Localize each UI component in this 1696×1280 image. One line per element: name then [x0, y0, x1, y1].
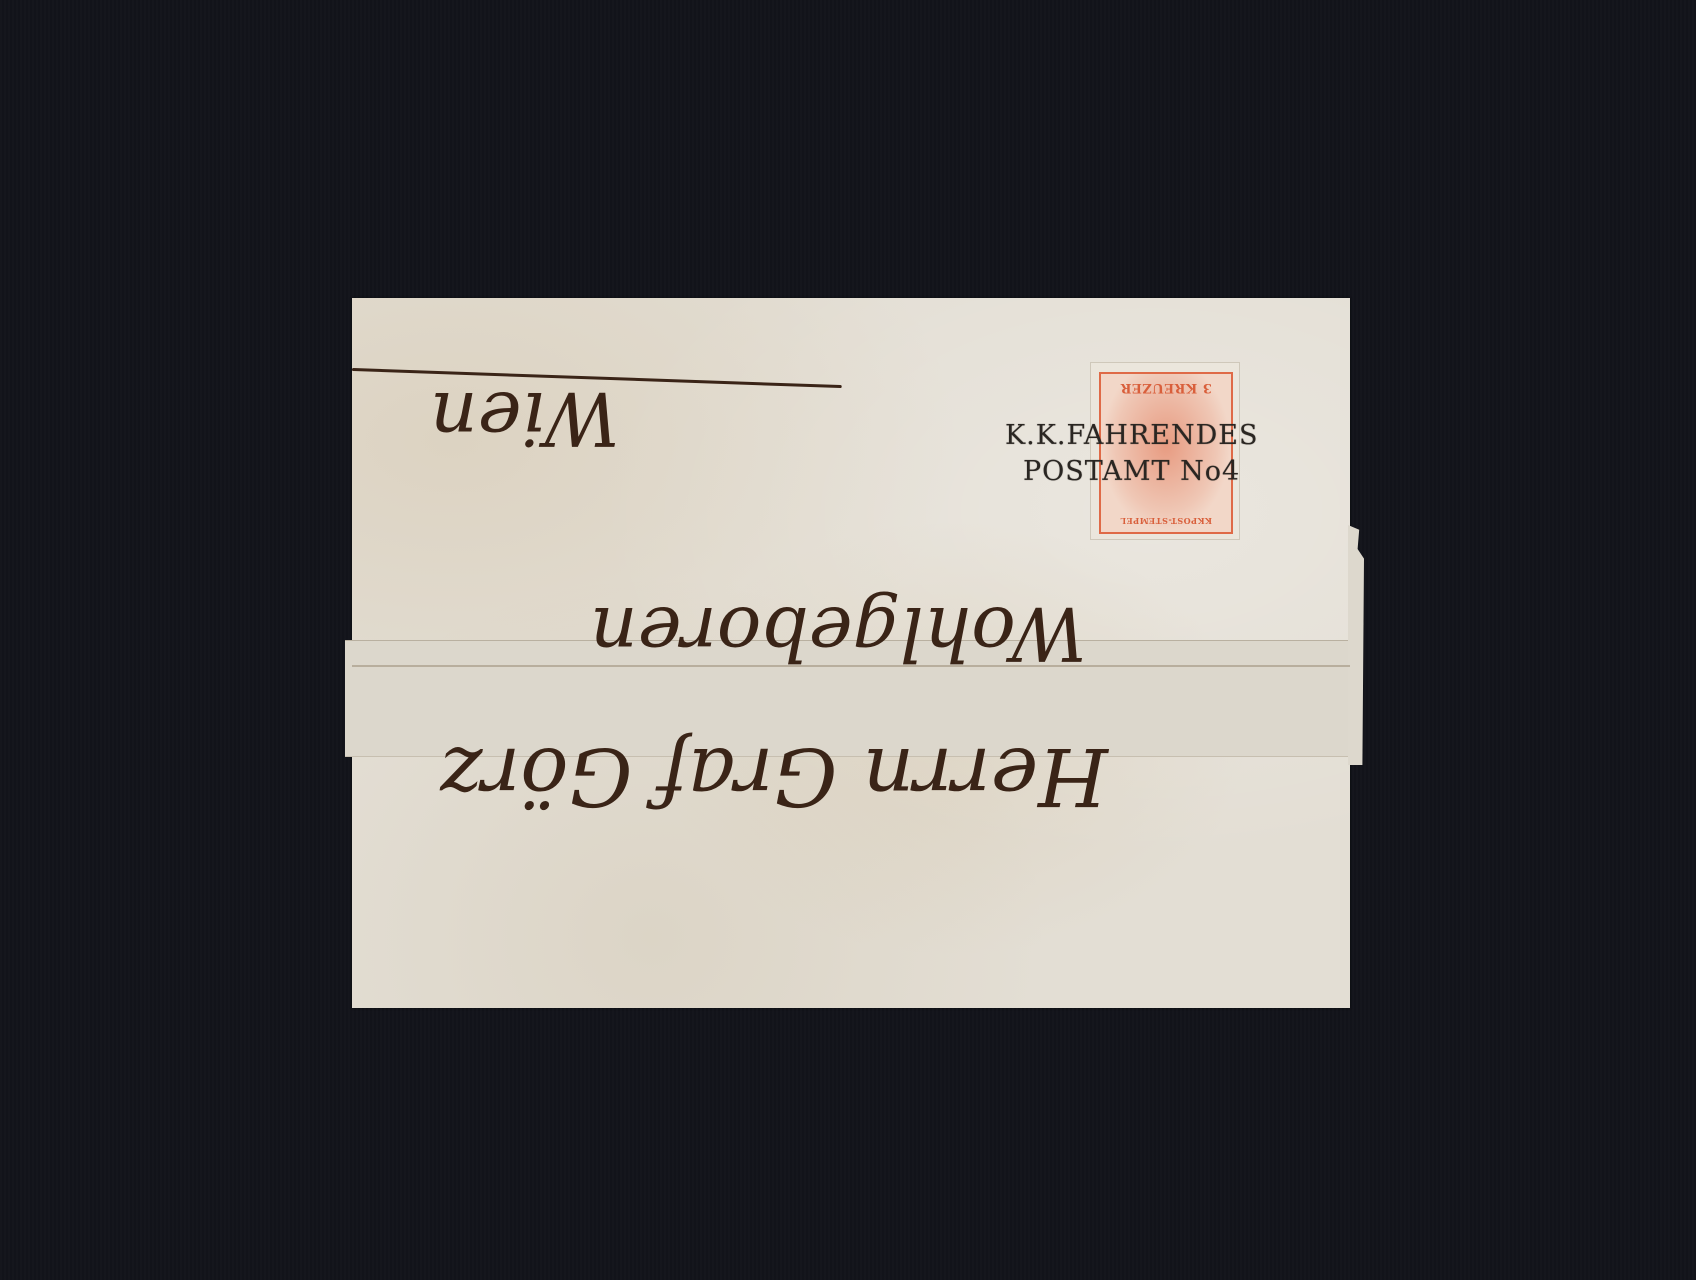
postmark-line-2: POSTAMT No4 — [1005, 454, 1258, 490]
stamp-lower-text: KKPOST-STEMPEL — [1105, 516, 1227, 526]
letter-torn-edge — [1348, 525, 1364, 765]
stamp-denomination: 3 KREUZER — [1105, 380, 1227, 395]
postmark-line-1: K.K.FAHRENDES — [1005, 418, 1258, 454]
postmark-cancel: K.K.FAHRENDES POSTAMT No4 — [1005, 418, 1258, 490]
address-line-city: Wien — [430, 375, 620, 461]
address-line-title: Wohlgeboren — [590, 590, 1087, 676]
address-line-recipient: Herrn Graf Görz — [440, 730, 1108, 823]
